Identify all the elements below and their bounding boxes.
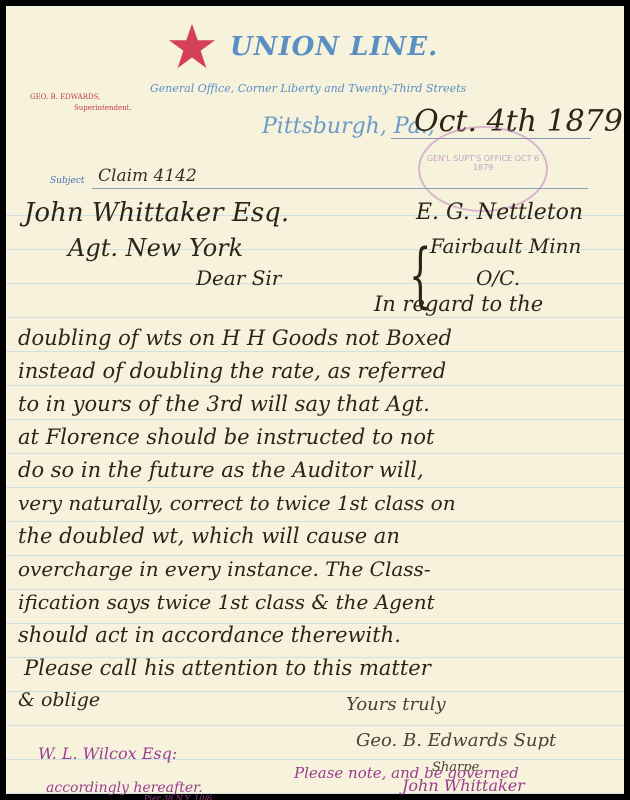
body-line: overcharge in every instance. The Class- [18,557,431,581]
subject-underline [92,188,588,189]
body-line: the doubled wt, which will cause an [18,524,400,548]
body-line: very naturally, correct to twice 1st cla… [18,491,456,515]
endorsement-note: Pier 38 N.Y. 10/6. [144,794,215,800]
endorsement-signature: John Whittaker [402,776,525,795]
body-line: ification says twice 1st class & the Age… [18,590,435,614]
valediction: Yours truly [346,694,446,715]
body-line: to in yours of the 3rd will say that Agt… [18,392,430,416]
salutation: Dear Sir [196,266,281,290]
signature: Geo. B. Edwards Supt [356,730,556,751]
addressee-name: John Whittaker Esq. [24,198,289,228]
subject-value: Claim 4142 [98,166,197,186]
body-line: In regard to the [374,292,543,316]
superintendent-name: GEO. B. EDWARDS, [30,92,132,103]
reference-place: Fairbault Minn [430,234,581,258]
subject-label: Subject [50,176,85,186]
superintendent-block: GEO. B. EDWARDS, Superintendent. [30,92,132,114]
body-line: doubling of wts on H H Goods not Boxed [18,326,452,350]
superintendent-title: Superintendent. [30,103,132,114]
endorsement-to: W. L. Wilcox Esq: [38,744,177,763]
company-name: UNION LINE. [230,32,438,62]
letter-paper: UNION LINE. General Office, Corner Liber… [6,6,624,794]
body-line: instead of doubling the rate, as referre… [18,359,446,383]
body-line: & oblige [18,689,100,711]
reference-name: E. G. Nettleton [416,200,583,225]
star-icon [168,22,216,70]
body-line: should act in accordance therewith. [18,623,401,647]
reference-oc: O/C. [476,266,520,290]
addressee-location: Agt. New York [68,234,243,262]
body-line: do so in the future as the Auditor will, [18,458,424,482]
body-line: Please call his attention to this matter [24,656,431,680]
body-line: at Florence should be instructed to not [18,425,434,449]
office-address: General Office, Corner Liberty and Twent… [150,82,466,95]
city: Pittsburgh, Pa., [262,114,435,139]
